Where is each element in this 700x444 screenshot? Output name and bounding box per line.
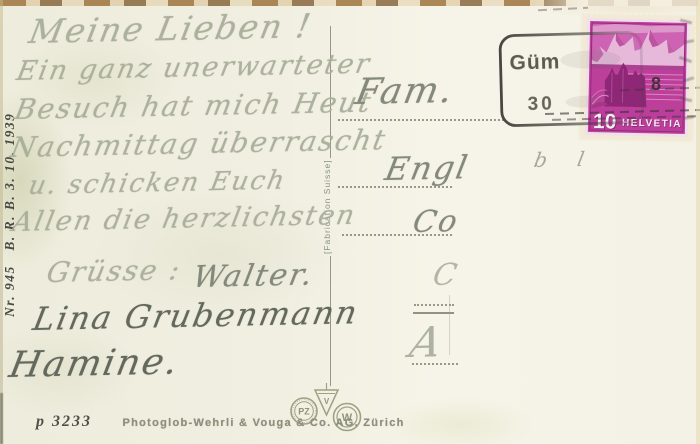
message-line-1: Meine Lieben ! bbox=[26, 6, 315, 51]
address-underline bbox=[413, 312, 454, 314]
message-line-6: Allen die herzlichsten bbox=[10, 200, 359, 238]
cancel-line-top-left bbox=[538, 7, 588, 12]
pencil-stroke bbox=[449, 295, 450, 355]
aged-corner-mark bbox=[0, 393, 3, 444]
signature-lina: Lina Grubenmann bbox=[30, 293, 362, 338]
pencil-fragment-c: C bbox=[430, 257, 462, 293]
cancel-digit: 8 bbox=[651, 74, 661, 95]
address-line-co: Co bbox=[410, 204, 462, 240]
printer-logos: PZ V W bbox=[283, 383, 373, 441]
publisher-imprint: p 3233 Photoglob-Wehrli & Vouga & Co. AG… bbox=[36, 413, 405, 431]
aged-left-edge bbox=[0, 0, 3, 444]
postcard-back: Nr. 945 B. R. B. 3. 10. 1939 Meine Liebe… bbox=[0, 0, 700, 444]
publisher-name: Photoglob-Wehrli & Vouga & Co. AG. Züric… bbox=[122, 417, 404, 429]
message-line-2: Ein ganz unerwarteter bbox=[14, 49, 374, 87]
v-logo-label: V bbox=[324, 397, 330, 406]
pencil-marks: b l bbox=[532, 147, 598, 172]
aged-top-edge bbox=[0, 0, 700, 6]
address-line-fam: Fam. bbox=[352, 70, 458, 113]
message-line-5: u. schicken Euch bbox=[26, 166, 289, 201]
signature-hamine: Hamine. bbox=[6, 341, 183, 386]
message-line-3: Besuch hat mich Heut bbox=[12, 86, 375, 126]
aged-right-edge bbox=[696, 0, 700, 444]
dotted-line-4 bbox=[414, 304, 454, 306]
address-line-engl: Engl bbox=[382, 148, 472, 188]
dotted-line-1 bbox=[338, 119, 504, 121]
publisher-number: p 3233 bbox=[36, 413, 92, 430]
pencil-fragment-a: A bbox=[406, 317, 448, 367]
postmark-town: Güm bbox=[509, 50, 560, 74]
signature-walter: Walter. bbox=[190, 257, 317, 295]
greeting-line: Grüsse : bbox=[44, 253, 184, 289]
